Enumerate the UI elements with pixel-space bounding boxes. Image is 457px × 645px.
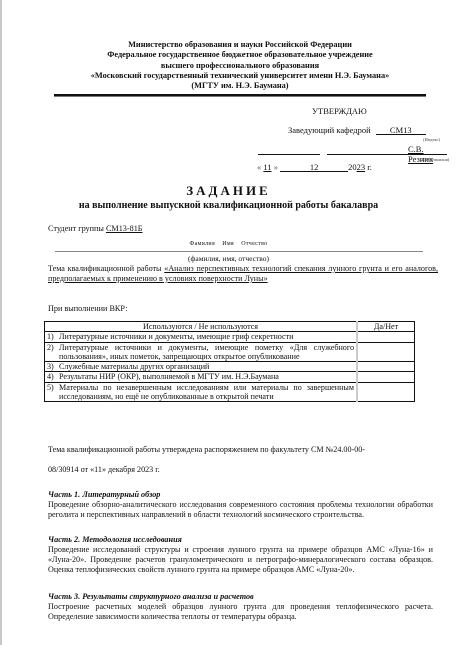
- signature-line[interactable]: [258, 154, 320, 155]
- document-subtitle: на выполнение выпускной квалификационной…: [0, 200, 457, 211]
- fio-caption: (фамилия, имя, отчество): [0, 254, 457, 263]
- approval-title: УТВЕРЖДАЮ: [312, 106, 367, 116]
- yes-no-cell[interactable]: [357, 372, 415, 382]
- materials-usage-table: Используются / Не используются Да/Нет 1)…: [44, 321, 415, 402]
- header-line: Министерство образования и науки Российс…: [40, 40, 440, 50]
- header-line: высшего профессионального образования: [40, 61, 440, 71]
- date-month: 12: [310, 162, 319, 172]
- table-row: 4)Результаты НИР (ОКР), выполняемой в МГ…: [45, 372, 415, 382]
- thesis-topic: Тема квалификационной работы «Анализ пер…: [48, 264, 438, 284]
- row-text: Результаты НИР (ОКР), выполняемой в МГТУ…: [59, 372, 354, 381]
- table-row: 3)Служебные материалы других организаций: [45, 362, 415, 372]
- document-page: Министерство образования и науки Российс…: [0, 0, 457, 645]
- part-2-body: Проведение исследований структуры и стро…: [48, 545, 433, 575]
- index-caption: (Индекс): [423, 137, 440, 142]
- vkr-intro: При выполнении ВКР:: [48, 304, 128, 313]
- date-day[interactable]: 11: [263, 162, 271, 172]
- part-1-body: Проведение обзорно-аналитического исслед…: [48, 500, 433, 520]
- table-header-row: Используются / Не используются Да/Нет: [45, 322, 415, 332]
- institution-header: Министерство образования и науки Российс…: [40, 40, 440, 91]
- part-3-body: Построение расчетных моделей образцов лу…: [48, 602, 433, 622]
- yes-no-cell[interactable]: [357, 342, 415, 362]
- yes-no-cell[interactable]: [357, 332, 415, 342]
- table-row: 5)Материалы по незавершенным исследовани…: [45, 382, 415, 402]
- date-year[interactable]: 23: [357, 162, 366, 172]
- approval-order-line-1: Тема квалификационной работы утверждена …: [48, 445, 448, 454]
- topic-label: Тема квалификационной работы: [48, 264, 162, 273]
- approval-order-line-2: 08/30914 от «11» декабря 2023 г.: [48, 465, 448, 474]
- part-1-heading: Часть 1. Литературный обзор: [48, 490, 160, 499]
- table-row: 1)Литературные источники и документы, им…: [45, 332, 415, 342]
- header-line: Федеральное государственное бюджетное об…: [40, 50, 440, 60]
- header-divider: [54, 94, 426, 97]
- student-group-label: Студент группы: [48, 224, 104, 233]
- fio-underline: [55, 251, 423, 252]
- header-line: (МГТУ им. Н.Э. Баумана): [40, 81, 440, 91]
- row-text: Литературные источники и документы, имею…: [59, 332, 354, 341]
- approval-date: « 11 » 122023 г.: [257, 162, 372, 172]
- head-of-department-row: Заведующий кафедрой СМ13: [288, 125, 426, 135]
- part-2-heading: Часть 2. Методология исследования: [48, 535, 182, 544]
- row-text: Служебные материалы других организаций: [59, 362, 354, 371]
- student-fio-value[interactable]: Фамилия Имя Отчество: [0, 241, 457, 247]
- date-month-field[interactable]: 12: [280, 162, 348, 172]
- table-row: 2)Литературные источники и документы, им…: [45, 342, 415, 362]
- department-index-field[interactable]: СМ13: [376, 125, 426, 135]
- head-label: Заведующий кафедрой: [288, 125, 371, 135]
- part-3-heading: Часть 3. Результаты структурного анализа…: [48, 592, 254, 601]
- row-text: Материалы по незавершенным исследованиям…: [59, 383, 354, 402]
- name-caption: (И.О.Фамилия): [420, 157, 449, 162]
- yes-no-cell[interactable]: [357, 382, 415, 402]
- student-group-row: Студент группы СМ13-81Б: [48, 224, 143, 233]
- row-text: Литературные источники и документы, имею…: [59, 343, 354, 362]
- column-header-yes-no: Да/Нет: [357, 322, 415, 332]
- column-header-usage: Используются / Не используются: [45, 322, 358, 332]
- header-line: «Московский государственный технический …: [40, 71, 440, 81]
- yes-no-cell[interactable]: [357, 362, 415, 372]
- student-group-value[interactable]: СМ13-81Б: [106, 224, 143, 233]
- department-index-value: СМ13: [390, 125, 412, 135]
- document-title: ЗАДАНИЕ: [0, 183, 457, 199]
